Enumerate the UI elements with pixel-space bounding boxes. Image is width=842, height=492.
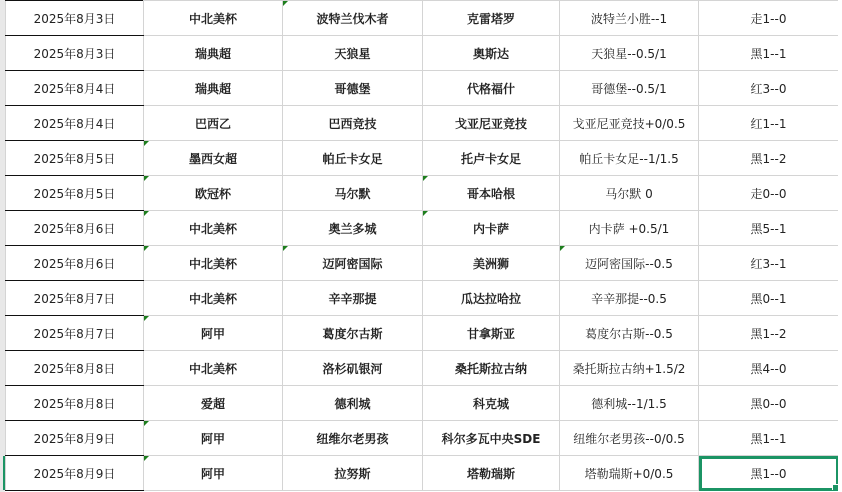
home-team-text: 帕丘卡女足 (322, 152, 382, 166)
league-text: 欧冠杯 (195, 187, 231, 201)
handicap-cell[interactable]: 戈亚尼亚竞技+0/0.5 (560, 106, 699, 141)
home-team-text: 哥德堡 (334, 82, 370, 96)
away-team-cell[interactable]: 代格福什 (423, 71, 560, 106)
date-cell[interactable]: 2025年8月4日 (6, 71, 144, 106)
handicap-text: 葛度尔古斯--0.5 (585, 327, 673, 341)
league-cell[interactable]: 爱超 (144, 386, 283, 421)
league-cell[interactable]: 瑞典超 (144, 36, 283, 71)
handicap-text: 波特兰小胜--1 (591, 12, 667, 26)
date-cell[interactable]: 2025年8月7日 (6, 281, 144, 316)
league-cell[interactable]: 中北美杯 (144, 351, 283, 386)
handicap-cell[interactable]: 德利城--1/1.5 (560, 386, 699, 421)
home-team-cell[interactable]: 帕丘卡女足 (283, 141, 423, 176)
away-team-cell[interactable]: 塔勒瑞斯 (423, 456, 560, 491)
handicap-text: 塔勒瑞斯+0/0.5 (585, 467, 674, 481)
away-team-text: 科克城 (473, 397, 509, 411)
table-row: 2025年8月3日 瑞典超 天狼星 奥斯达 天狼星--0.5/1 黑1--1 (6, 36, 839, 71)
handicap-cell[interactable]: 内卡萨 +0.5/1 (560, 211, 699, 246)
home-team-text: 纽维尔老男孩 (316, 432, 388, 446)
league-text: 中北美杯 (189, 257, 237, 271)
away-team-cell[interactable]: 内卡萨 (423, 211, 560, 246)
table-row: 2025年8月9日 阿甲 拉努斯 塔勒瑞斯 塔勒瑞斯+0/0.5 黑1--0 (6, 456, 839, 491)
table-row: 2025年8月5日 欧冠杯 马尔默 哥本哈根 马尔默 0 走0--0 (6, 176, 839, 211)
result-cell[interactable]: 黑4--0 (699, 351, 839, 386)
home-team-cell[interactable]: 葛度尔古斯 (283, 316, 423, 351)
cell-comment-indicator-icon (144, 211, 149, 216)
away-team-cell[interactable]: 瓜达拉哈拉 (423, 281, 560, 316)
result-text: 红1--1 (751, 117, 787, 131)
handicap-text: 德利城--1/1.5 (591, 397, 666, 411)
cell-comment-indicator-icon (283, 246, 288, 251)
home-team-cell[interactable]: 德利城 (283, 386, 423, 421)
result-text: 黑1--2 (751, 152, 787, 166)
league-cell[interactable]: 瑞典超 (144, 71, 283, 106)
result-text: 黑1--2 (751, 327, 787, 341)
home-team-cell[interactable]: 巴西竞技 (283, 106, 423, 141)
result-cell[interactable]: 黑5--1 (699, 211, 839, 246)
table-row: 2025年8月3日 中北美杯 波特兰伐木者 克雷塔罗 波特兰小胜--1 走1--… (6, 1, 839, 36)
date-text: 2025年8月7日 (34, 292, 116, 306)
away-team-text: 克雷塔罗 (467, 12, 515, 26)
date-cell[interactable]: 2025年8月8日 (6, 351, 144, 386)
cell-comment-indicator-icon (144, 176, 149, 181)
date-cell[interactable]: 2025年8月9日 (6, 456, 144, 491)
date-text: 2025年8月7日 (34, 327, 116, 341)
cell-comment-indicator-icon (144, 421, 149, 426)
date-text: 2025年8月6日 (34, 257, 116, 271)
handicap-text: 桑托斯拉古纳+1.5/2 (573, 362, 686, 376)
date-cell[interactable]: 2025年8月6日 (6, 211, 144, 246)
date-cell[interactable]: 2025年8月8日 (6, 386, 144, 421)
league-cell[interactable]: 阿甲 (144, 456, 283, 491)
league-text: 巴西乙 (195, 117, 231, 131)
date-text: 2025年8月4日 (34, 82, 116, 96)
result-cell[interactable]: 黑1--2 (699, 316, 839, 351)
result-text: 走1--0 (751, 12, 787, 26)
away-team-text: 内卡萨 (473, 222, 509, 236)
handicap-cell[interactable]: 哥德堡--0.5/1 (560, 71, 699, 106)
result-text: 红3--0 (751, 82, 787, 96)
away-team-cell[interactable]: 戈亚尼亚竞技 (423, 106, 560, 141)
league-cell[interactable]: 欧冠杯 (144, 176, 283, 211)
home-team-text: 洛杉矶银河 (322, 362, 382, 376)
league-cell[interactable]: 中北美杯 (144, 246, 283, 281)
table-row: 2025年8月8日 中北美杯 洛杉矶银河 桑托斯拉古纳 桑托斯拉古纳+1.5/2… (6, 351, 839, 386)
home-team-cell[interactable]: 奥兰多城 (283, 211, 423, 246)
handicap-text: 帕丘卡女足--1/1.5 (579, 152, 678, 166)
table-row: 2025年8月7日 中北美杯 辛辛那提 瓜达拉哈拉 辛辛那提--0.5 黑0--… (6, 281, 839, 316)
away-team-cell[interactable]: 托卢卡女足 (423, 141, 560, 176)
handicap-cell[interactable]: 天狼星--0.5/1 (560, 36, 699, 71)
league-text: 瑞典超 (195, 47, 231, 61)
date-cell[interactable]: 2025年8月3日 (6, 1, 144, 36)
result-cell[interactable]: 红3--0 (699, 71, 839, 106)
handicap-cell[interactable]: 纽维尔老男孩--0/0.5 (560, 421, 699, 456)
handicap-cell[interactable]: 迈阿密国际--0.5 (560, 246, 699, 281)
away-team-text: 代格福什 (467, 82, 515, 96)
league-text: 墨西女超 (189, 152, 237, 166)
away-team-text: 托卢卡女足 (461, 152, 521, 166)
away-team-cell[interactable]: 哥本哈根 (423, 176, 560, 211)
date-text: 2025年8月5日 (34, 187, 116, 201)
home-team-cell[interactable]: 迈阿密国际 (283, 246, 423, 281)
result-cell[interactable]: 黑0--1 (699, 281, 839, 316)
date-text: 2025年8月9日 (34, 432, 116, 446)
league-text: 中北美杯 (189, 362, 237, 376)
handicap-cell[interactable]: 波特兰小胜--1 (560, 1, 699, 36)
home-team-cell[interactable]: 辛辛那提 (283, 281, 423, 316)
handicap-cell[interactable]: 葛度尔古斯--0.5 (560, 316, 699, 351)
league-cell[interactable]: 阿甲 (144, 316, 283, 351)
away-team-cell[interactable]: 奥斯达 (423, 36, 560, 71)
handicap-cell[interactable]: 塔勒瑞斯+0/0.5 (560, 456, 699, 491)
home-team-text: 葛度尔古斯 (322, 327, 382, 341)
date-text: 2025年8月8日 (34, 397, 116, 411)
date-text: 2025年8月6日 (34, 222, 116, 236)
home-team-cell[interactable]: 天狼星 (283, 36, 423, 71)
home-team-cell[interactable]: 马尔默 (283, 176, 423, 211)
league-cell[interactable]: 中北美杯 (144, 211, 283, 246)
league-cell[interactable]: 中北美杯 (144, 1, 283, 36)
league-cell[interactable]: 巴西乙 (144, 106, 283, 141)
league-text: 中北美杯 (189, 292, 237, 306)
league-text: 中北美杯 (189, 12, 237, 26)
league-text: 阿甲 (201, 327, 225, 341)
away-team-text: 美洲狮 (473, 257, 509, 271)
result-cell[interactable]: 红1--1 (699, 106, 839, 141)
sheet-right-edge (838, 0, 842, 492)
cell-comment-indicator-icon (560, 246, 565, 251)
away-team-text: 戈亚尼亚竞技 (455, 117, 527, 131)
date-cell[interactable]: 2025年8月3日 (6, 36, 144, 71)
away-team-cell[interactable]: 克雷塔罗 (423, 1, 560, 36)
handicap-cell[interactable]: 辛辛那提--0.5 (560, 281, 699, 316)
table-row: 2025年8月6日 中北美杯 迈阿密国际 美洲狮 迈阿密国际--0.5 红3--… (6, 246, 839, 281)
table-row: 2025年8月6日 中北美杯 奥兰多城 内卡萨 内卡萨 +0.5/1 黑5--1 (6, 211, 839, 246)
away-team-text: 奥斯达 (473, 47, 509, 61)
table-row: 2025年8月9日 阿甲 纽维尔老男孩 科尔多瓦中央SDE 纽维尔老男孩--0/… (6, 421, 839, 456)
league-text: 阿甲 (201, 432, 225, 446)
result-text: 黑1--1 (751, 47, 787, 61)
cell-comment-indicator-icon (144, 316, 149, 321)
home-team-text: 天狼星 (334, 47, 370, 61)
home-team-text: 辛辛那提 (328, 292, 376, 306)
date-cell[interactable]: 2025年8月9日 (6, 421, 144, 456)
home-team-text: 迈阿密国际 (322, 257, 382, 271)
away-team-cell[interactable]: 科克城 (423, 386, 560, 421)
league-text: 爱超 (201, 397, 225, 411)
result-text: 黑1--1 (751, 432, 787, 446)
match-results-sheet: 2025年8月3日 中北美杯 波特兰伐木者 克雷塔罗 波特兰小胜--1 走1--… (5, 0, 839, 491)
date-text: 2025年8月8日 (34, 362, 116, 376)
handicap-cell[interactable]: 帕丘卡女足--1/1.5 (560, 141, 699, 176)
handicap-text: 迈阿密国际--0.5 (585, 257, 673, 271)
result-text: 黑0--0 (751, 397, 787, 411)
handicap-text: 辛辛那提--0.5 (591, 292, 667, 306)
home-team-text: 马尔默 (334, 187, 370, 201)
league-text: 瑞典超 (195, 82, 231, 96)
away-team-text: 塔勒瑞斯 (467, 467, 515, 481)
home-team-text: 拉努斯 (334, 467, 370, 481)
result-text: 黑0--1 (751, 292, 787, 306)
date-cell[interactable]: 2025年8月5日 (6, 176, 144, 211)
date-text: 2025年8月3日 (34, 47, 116, 61)
cell-comment-indicator-icon (144, 246, 149, 251)
result-text: 黑1--0 (751, 467, 787, 481)
home-team-cell[interactable]: 纽维尔老男孩 (283, 421, 423, 456)
table-row: 2025年8月7日 阿甲 葛度尔古斯 甘拿斯亚 葛度尔古斯--0.5 黑1--2 (6, 316, 839, 351)
home-team-text: 巴西竞技 (328, 117, 376, 131)
away-team-text: 哥本哈根 (467, 187, 515, 201)
table-row: 2025年8月4日 瑞典超 哥德堡 代格福什 哥德堡--0.5/1 红3--0 (6, 71, 839, 106)
date-cell[interactable]: 2025年8月6日 (6, 246, 144, 281)
table-row: 2025年8月8日 爱超 德利城 科克城 德利城--1/1.5 黑0--0 (6, 386, 839, 421)
league-cell[interactable]: 中北美杯 (144, 281, 283, 316)
away-team-text: 瓜达拉哈拉 (461, 292, 521, 306)
away-team-cell[interactable]: 美洲狮 (423, 246, 560, 281)
result-text: 黑5--1 (751, 222, 787, 236)
league-cell[interactable]: 阿甲 (144, 421, 283, 456)
handicap-text: 马尔默 0 (605, 187, 652, 201)
handicap-cell[interactable]: 桑托斯拉古纳+1.5/2 (560, 351, 699, 386)
cell-comment-indicator-icon (144, 456, 149, 461)
cell-comment-indicator-icon (423, 176, 428, 181)
home-team-cell[interactable]: 哥德堡 (283, 71, 423, 106)
handicap-text: 纽维尔老男孩--0/0.5 (573, 432, 684, 446)
cell-comment-indicator-icon (283, 1, 288, 6)
league-text: 阿甲 (201, 467, 225, 481)
table-row: 2025年8月5日 墨西女超 帕丘卡女足 托卢卡女足 帕丘卡女足--1/1.5 … (6, 141, 839, 176)
table-row: 2025年8月4日 巴西乙 巴西竞技 戈亚尼亚竞技 戈亚尼亚竞技+0/0.5 红… (6, 106, 839, 141)
result-text: 走0--0 (751, 187, 787, 201)
home-team-cell[interactable]: 洛杉矶银河 (283, 351, 423, 386)
result-cell[interactable]: 走0--0 (699, 176, 839, 211)
away-team-cell[interactable]: 甘拿斯亚 (423, 316, 560, 351)
result-text: 黑4--0 (751, 362, 787, 376)
home-team-cell[interactable]: 拉努斯 (283, 456, 423, 491)
date-cell[interactable]: 2025年8月5日 (6, 141, 144, 176)
result-text: 红3--1 (751, 257, 787, 271)
handicap-text: 内卡萨 +0.5/1 (589, 222, 670, 236)
result-cell[interactable]: 黑0--0 (699, 386, 839, 421)
home-team-text: 奥兰多城 (328, 222, 376, 236)
result-cell[interactable]: 走1--0 (699, 1, 839, 36)
away-team-text: 科尔多瓦中央SDE (442, 432, 541, 446)
cell-comment-indicator-icon (144, 141, 149, 146)
away-team-cell[interactable]: 桑托斯拉古纳 (423, 351, 560, 386)
home-team-text: 德利城 (334, 397, 370, 411)
cell-comment-indicator-icon (423, 211, 428, 216)
away-team-text: 桑托斯拉古纳 (455, 362, 527, 376)
date-text: 2025年8月3日 (34, 12, 116, 26)
result-cell[interactable]: 黑1--1 (699, 36, 839, 71)
date-cell[interactable]: 2025年8月4日 (6, 106, 144, 141)
home-team-cell[interactable]: 波特兰伐木者 (283, 1, 423, 36)
handicap-cell[interactable]: 马尔默 0 (560, 176, 699, 211)
date-text: 2025年8月4日 (34, 117, 116, 131)
date-text: 2025年8月9日 (34, 467, 116, 481)
date-text: 2025年8月5日 (34, 152, 116, 166)
handicap-text: 天狼星--0.5/1 (591, 47, 666, 61)
handicap-text: 哥德堡--0.5/1 (591, 82, 666, 96)
home-team-text: 波特兰伐木者 (316, 12, 388, 26)
handicap-text: 戈亚尼亚竞技+0/0.5 (573, 117, 686, 131)
away-team-text: 甘拿斯亚 (467, 327, 515, 341)
result-cell[interactable]: 黑1--2 (699, 141, 839, 176)
league-text: 中北美杯 (189, 222, 237, 236)
date-cell[interactable]: 2025年8月7日 (6, 316, 144, 351)
league-cell[interactable]: 墨西女超 (144, 141, 283, 176)
away-team-cell[interactable]: 科尔多瓦中央SDE (423, 421, 560, 456)
result-cell[interactable]: 黑1--1 (699, 421, 839, 456)
result-cell[interactable]: 红3--1 (699, 246, 839, 281)
result-cell[interactable]: 黑1--0 (699, 456, 839, 491)
